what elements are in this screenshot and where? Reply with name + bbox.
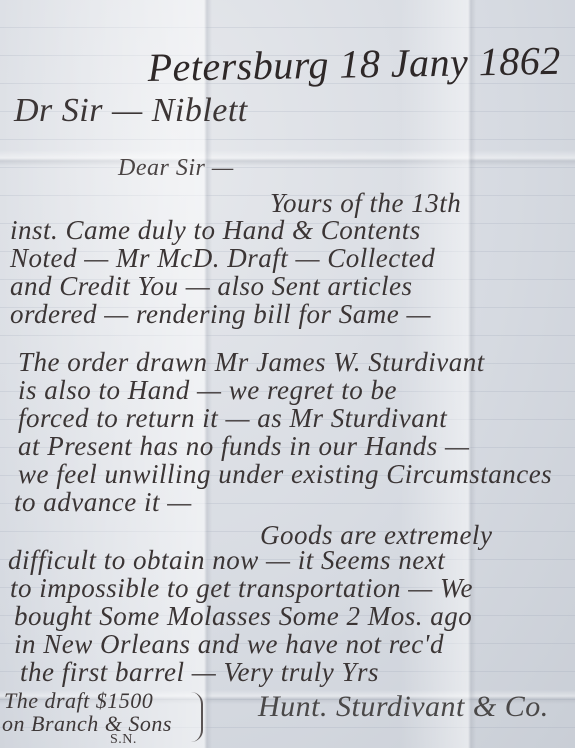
body-line: the first barrel — Very truly Yrs <box>20 657 379 688</box>
body-line: and Credit You — also Sent articles <box>10 271 413 302</box>
body-line: difficult to obtain now — it Seems next <box>8 545 445 576</box>
letter-page: Petersburg 18 Jany 1862 Dr Sir — Niblett… <box>0 0 575 748</box>
body-line: at Present has no funds in our Hands — <box>18 431 470 462</box>
letter-greeting: Dear Sir — <box>118 155 234 182</box>
body-line: ordered — rendering bill for Same — <box>10 299 431 330</box>
body-line: is also to Hand — we regret to be <box>18 375 397 406</box>
body-line: forced to return it — as Mr Sturdivant <box>18 403 447 434</box>
body-line: bought Some Molasses Some 2 Mos. ago <box>14 601 472 632</box>
body-line: inst. Came duly to Hand & Contents <box>10 215 421 246</box>
body-line: we feel unwilling under existing Circums… <box>18 459 552 490</box>
body-line: The order drawn Mr James W. Sturdivant <box>18 347 485 378</box>
body-line: to advance it — <box>14 487 192 518</box>
letter-signature: Hunt. Sturdivant & Co. <box>258 690 549 724</box>
letter-salutation: Dr Sir — Niblett <box>14 92 248 130</box>
side-note-line: on Branch & Sons <box>2 711 172 737</box>
brace-mark <box>185 692 203 742</box>
side-note-initials: S.N. <box>110 732 137 748</box>
letter-dateline: Petersburg 18 Jany 1862 <box>147 37 561 91</box>
body-line: in New Orleans and we have not rec'd <box>14 629 444 660</box>
body-line: Noted — Mr McD. Draft — Collected <box>10 243 435 274</box>
body-line: to impossible to get transportation — We <box>10 573 473 604</box>
